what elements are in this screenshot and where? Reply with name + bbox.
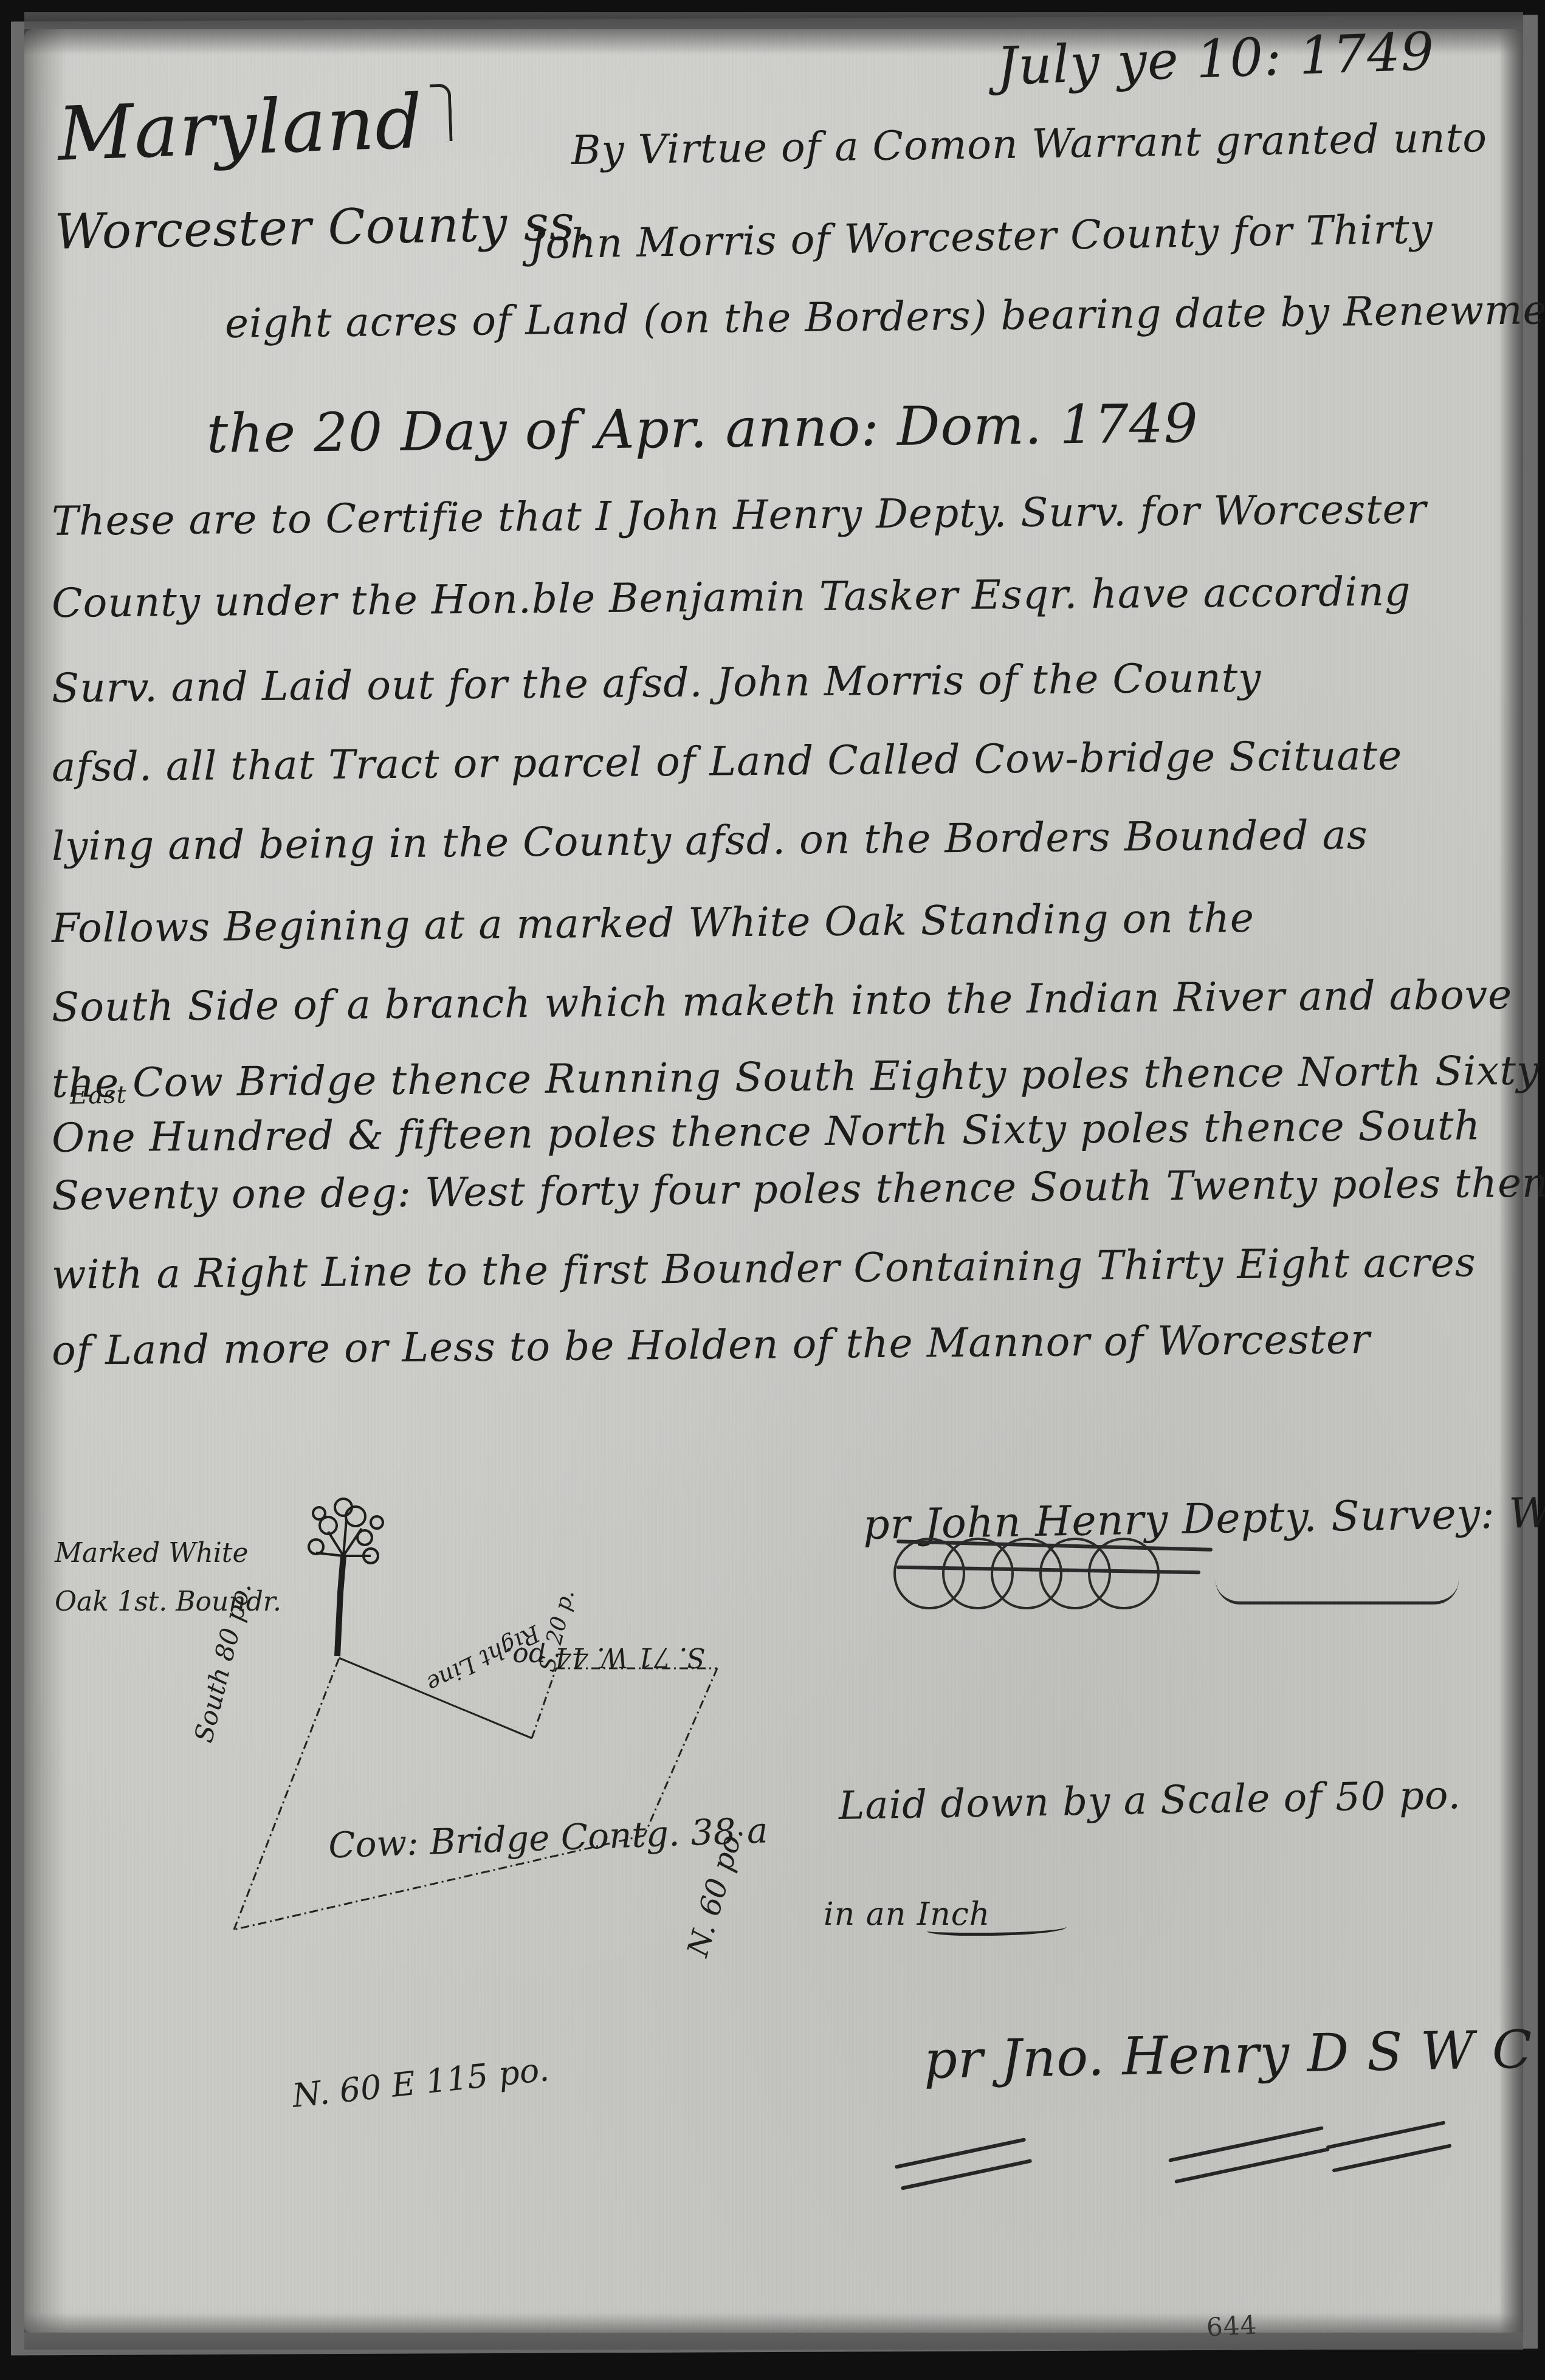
body-line-9: lying and being in the County afsd. on t… (52, 815, 1368, 867)
body-line-5: These are to Certifie that I John Henry … (52, 489, 1427, 542)
body-line-15: with a Right Line to the first Bounder C… (52, 1243, 1476, 1295)
signature-flourish-tail (1216, 1553, 1459, 1604)
body-line-14: Seventy one deg: West forty four poles t… (52, 1163, 1545, 1216)
body-line-10: Follows Begining at a marked White Oak S… (52, 898, 1254, 949)
body-line-11: South Side of a branch which maketh into… (52, 975, 1513, 1028)
county-heading: Worcester County ss. (54, 194, 591, 260)
plat-oak-label-line1: Marked White (55, 1538, 249, 1569)
body-line-16: of Land more or Less to be Holden of the… (52, 1319, 1371, 1371)
archive-page-number: 644 (1206, 2310, 1258, 2342)
body-line-6: County under the Hon.ble Benjamin Tasker… (52, 571, 1411, 624)
plat-side-top-right-label: S. 71 W. 44 po. (504, 1642, 705, 1673)
paper-edge-bottom (24, 2313, 1523, 2350)
interlineation-east: East (70, 1081, 127, 1110)
body-line-7: Surv. and Laid out for the afsd. John Mo… (52, 658, 1262, 709)
surveyor-signature-2: pr Jno. Henry D S W C (923, 2020, 1533, 2091)
body-line-13: One Hundred & fifteen poles thence North… (52, 1106, 1481, 1158)
body-line-1: By Virtue of a Comon Warrant granted unt… (571, 118, 1488, 171)
state-heading: Maryland (57, 78, 425, 177)
body-line-8: afsd. all that Tract or parcel of Land C… (52, 736, 1403, 788)
body-line-12: the Cow Bridge thence Running South Eigh… (52, 1050, 1545, 1104)
body-line-4: the 20 Day of Apr. anno: Dom. 1749 (207, 397, 1199, 461)
scale-note-line2: in an Inch (824, 1896, 990, 1933)
